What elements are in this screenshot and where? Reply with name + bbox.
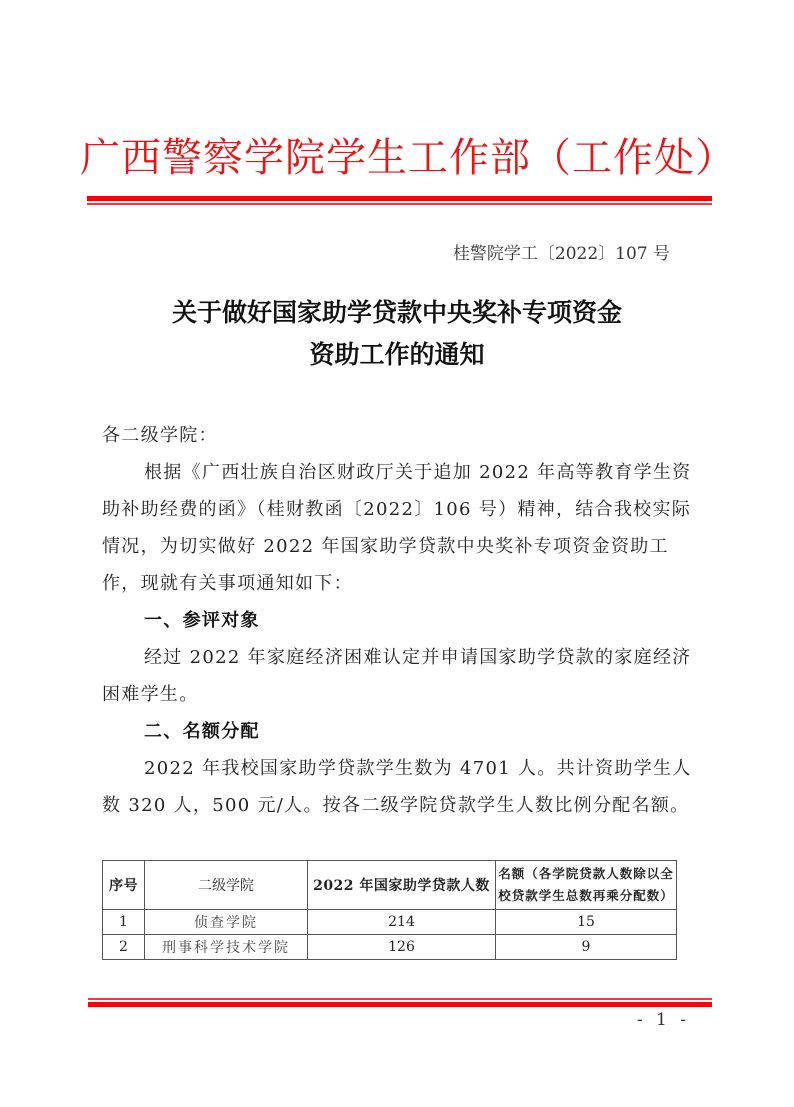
intro-paragraph: 根据《广西壮族自治区财政厅关于追加 2022 年高等教育学生资助补助经费的函》（… <box>102 454 692 602</box>
quota-allocation-table: 序号 二级学院 2022 年国家助学贷款人数 名额（各学院贷款人数除以全 校贷款… <box>102 860 677 960</box>
section-1-paragraph: 经过 2022 年家庭经济困难认定并申请国家助学贷款的家庭经济困难学生。 <box>102 639 692 713</box>
intro-text: 根据《广西壮族自治区财政厅关于追加 2022 年高等教育学生资助补助经费的函》（… <box>102 454 692 602</box>
section-2-paragraph: 2022 年我校国家助学贷款学生数为 4701 人。共计资助学生人数 320 人… <box>102 750 692 824</box>
row-index: 2 <box>103 935 145 960</box>
document-number: 桂警院学工〔2022〕107 号 <box>380 240 670 268</box>
section-2-text: 2022 年我校国家助学贷款学生数为 4701 人。共计资助学生人数 320 人… <box>102 750 692 824</box>
rule-thick-line <box>88 1002 712 1007</box>
rule-thin-line <box>87 203 712 205</box>
letterhead-red-rule <box>87 196 712 205</box>
header-quota-line-1: 名额（各学院贷款人数除以全 <box>496 863 676 885</box>
section-1-heading: 一、参评对象 <box>102 602 692 639</box>
salutation: 各二级学院： <box>102 417 692 454</box>
footer-red-rule <box>88 998 712 1007</box>
header-quota-line-2: 校贷款学生总数再乘分配数） <box>496 885 676 907</box>
row-loans: 126 <box>308 935 496 960</box>
header-loans: 2022 年国家助学贷款人数 <box>308 861 496 910</box>
row-college: 刑事科学技术学院 <box>145 935 308 960</box>
table-row: 1 侦查学院 214 15 <box>103 910 677 935</box>
title-line-2: 资助工作的通知 <box>80 334 714 376</box>
header-college: 二级学院 <box>145 861 308 910</box>
letterhead-org-name: 广西警察学院学生工作部（工作处） <box>80 128 720 188</box>
document-title: 关于做好国家助学贷款中央奖补专项资金 资助工作的通知 <box>80 292 714 376</box>
title-line-1: 关于做好国家助学贷款中央奖补专项资金 <box>80 292 714 334</box>
row-college: 侦查学院 <box>145 910 308 935</box>
page-number: - 1 - <box>600 1010 690 1030</box>
row-index: 1 <box>103 910 145 935</box>
section-1-text: 经过 2022 年家庭经济困难认定并申请国家助学贷款的家庭经济困难学生。 <box>102 639 692 713</box>
table-row: 2 刑事科学技术学院 126 9 <box>103 935 677 960</box>
header-quota: 名额（各学院贷款人数除以全 校贷款学生总数再乘分配数） <box>496 861 677 910</box>
row-quota: 15 <box>496 910 677 935</box>
table-header-row: 序号 二级学院 2022 年国家助学贷款人数 名额（各学院贷款人数除以全 校贷款… <box>103 861 677 910</box>
row-loans: 214 <box>308 910 496 935</box>
document-body: 各二级学院： 根据《广西壮族自治区财政厅关于追加 2022 年高等教育学生资助补… <box>102 417 692 824</box>
row-quota: 9 <box>496 935 677 960</box>
section-2-heading: 二、名额分配 <box>102 713 692 750</box>
header-index: 序号 <box>103 861 145 910</box>
